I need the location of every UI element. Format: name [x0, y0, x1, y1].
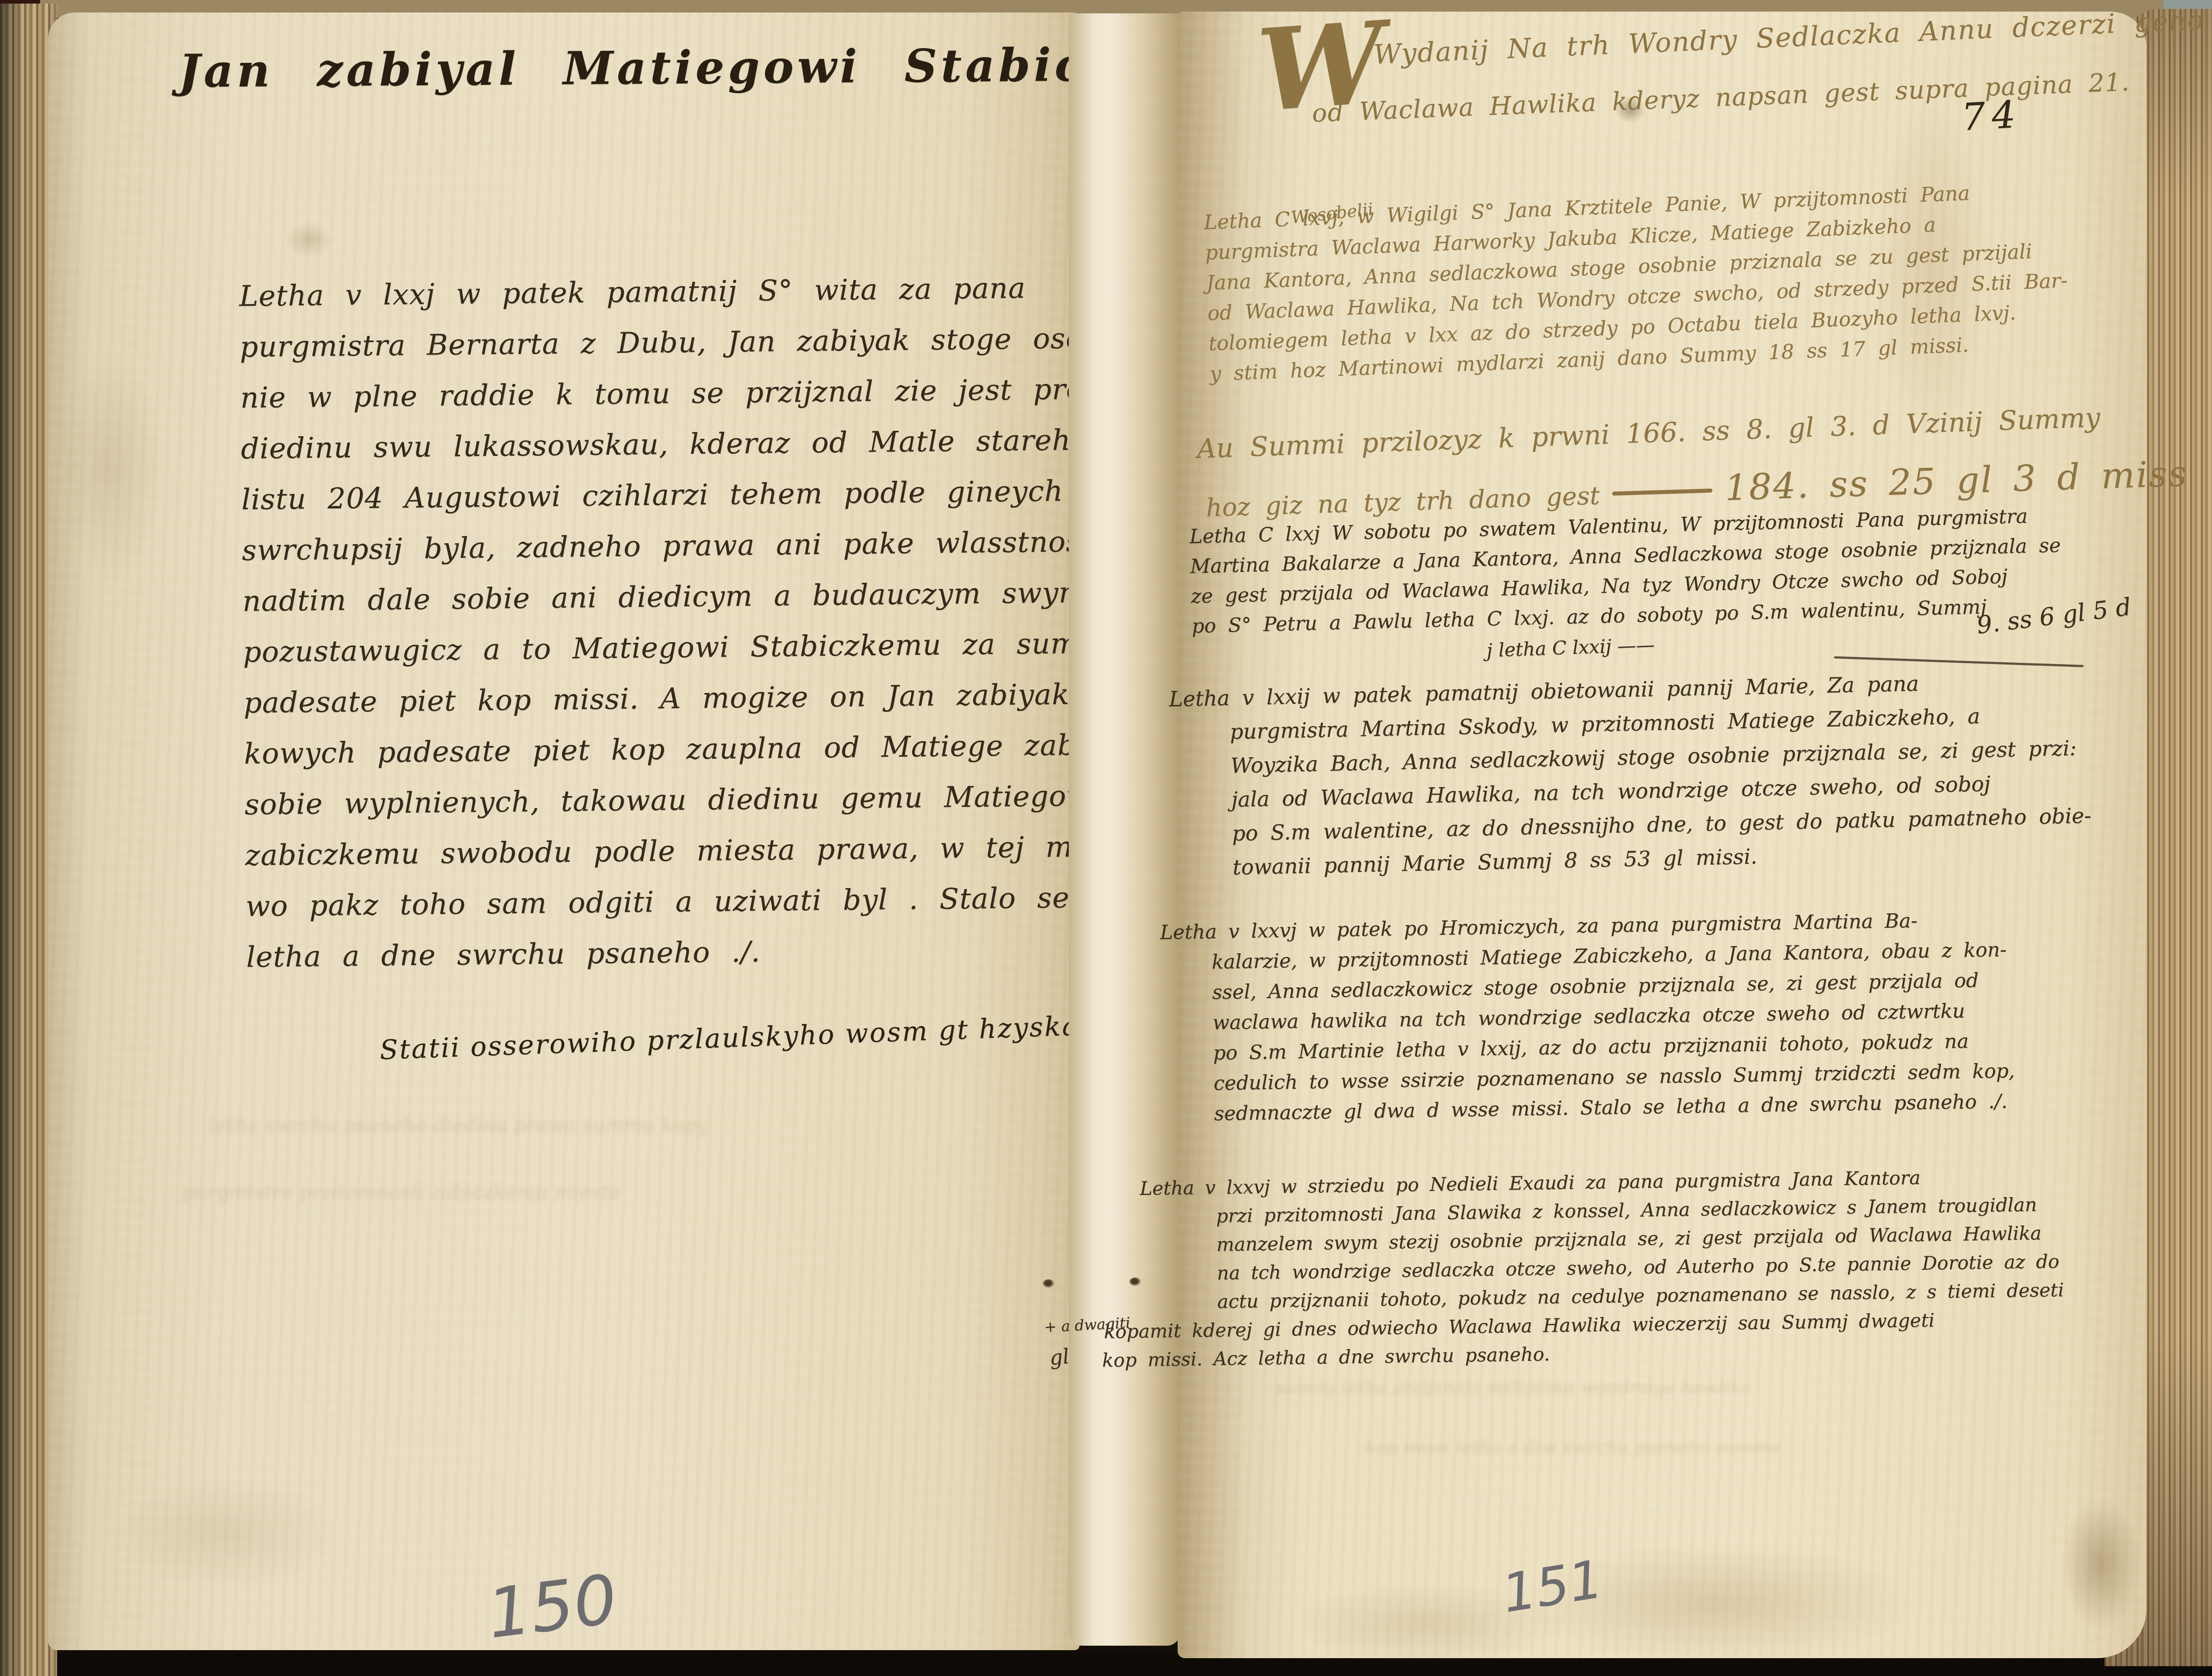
worm-hole	[1129, 1277, 1141, 1286]
gutter-fold	[1069, 13, 1180, 1646]
entry-4: Letha v lxxvj w patek po Hromiczych, za …	[1211, 908, 2016, 1133]
entry-paragraph: Letha v lxxj w patek pamatnij S° wita za…	[239, 271, 1116, 992]
right-page: summj letha przijznala sedlaczka wondrzi…	[1178, 12, 2146, 1658]
page-number-pencil-right: 151	[1498, 1548, 1607, 1625]
manuscript-line: zabiczkemu swobodu podle miesta prawa, w…	[245, 830, 1115, 890]
sum-total-amount: 184. ss 25 gl 3 d miss	[1724, 453, 2188, 509]
manuscript-line: nie w plne raddie k tomu se przijznal zi…	[240, 373, 1110, 433]
left-page: letha swrchu psaneho diedinu prawa summu…	[48, 12, 1079, 1650]
margin-insertion: gl	[1048, 1344, 1071, 1370]
manuscript-photo: letha swrchu psaneho diedinu prawa summu…	[0, 0, 2212, 1676]
entry-5: Letha v lxxvj w strziedu po Nedieli Exau…	[1216, 1164, 2065, 1376]
manuscript-line: Letha v lxxj w patek pamatnij S° wita za…	[239, 271, 1109, 331]
worm-hole	[1043, 1279, 1054, 1288]
paper-stain	[285, 222, 334, 258]
sum-line: Au Summi przilozyz k prwni 166. ss 8. gl…	[1196, 402, 2100, 465]
entry-3: Letha v lxxij w patek pamatnij obietowan…	[1229, 668, 2092, 889]
manuscript-line: letha a dne swrchu psaneho ./.	[246, 932, 1116, 991]
paper-stain	[57, 351, 164, 583]
manuscript-line: sobie wyplnienych, takowau diedinu gemu …	[244, 780, 1115, 839]
manuscript-line: wo pakz toho sam odgiti a uziwati byl . …	[245, 881, 1116, 941]
header-line: Wydanij Na trh Wondry Sedlaczka Annu dcz…	[1373, 4, 2205, 70]
manuscript-line: kowych padesate piet kop zauplna od Mati…	[244, 729, 1114, 788]
entry-1: Letha C lxvj, w Wigilgi S° Jana Krztitel…	[1203, 178, 2071, 392]
entry-2: Letha C lxxj W sobotu po swatem Valentin…	[1189, 504, 2063, 645]
page-number-pencil-left: 150	[483, 1560, 621, 1654]
manuscript-line: padesate piet kop missi. A mogize on Jan…	[244, 678, 1114, 738]
manuscript-line: purgmistra Bernarta z Dubu, Jan zabiyak …	[240, 322, 1110, 382]
manuscript-line: pozustawugicz a to Matiegowi Stabiczkemu…	[243, 627, 1113, 687]
sum-dash	[1612, 488, 1712, 495]
paper-stain	[115, 1475, 338, 1591]
manuscript-line: diedinu swu lukassowskau, kderaz od Matl…	[241, 424, 1111, 483]
paper-stain	[2061, 1497, 2141, 1631]
manuscript-line: swrchupsij byla, zadneho prawa ani pake …	[242, 525, 1112, 585]
manuscript-line: nadtim dale sobie ani diedicym a budaucz…	[242, 576, 1112, 636]
manuscript-line: listu 204 Augustowi czihlarzi tehem podl…	[241, 475, 1112, 534]
clerk-signature-line: Statii osserowiho przlaulskyho wosm gt h…	[379, 1010, 1100, 1066]
interlinear-correction: j letha C lxxij ——	[1486, 634, 1655, 661]
